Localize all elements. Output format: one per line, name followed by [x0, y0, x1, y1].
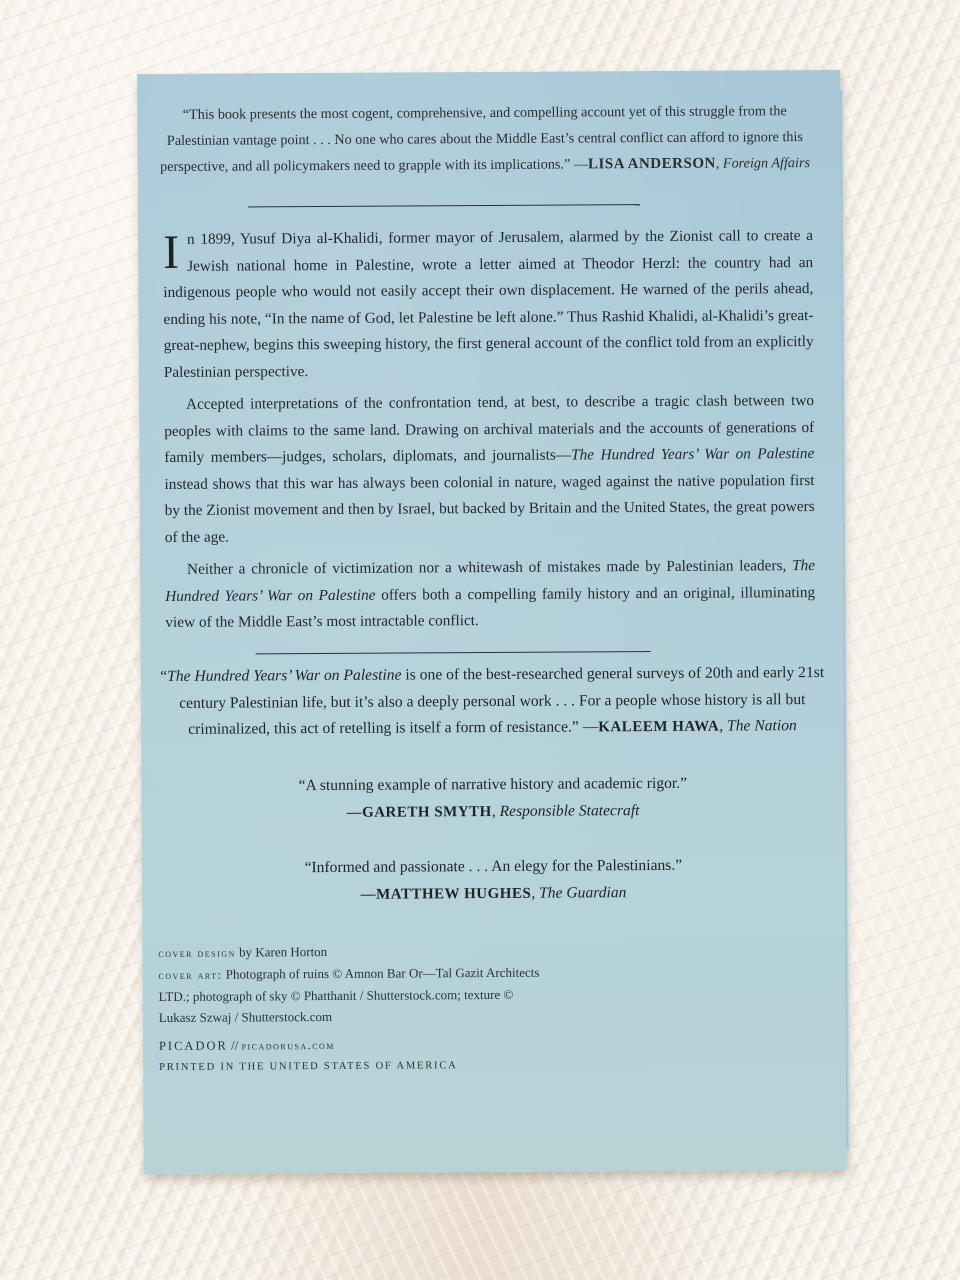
book-title: The Hundred Years’ War on Palestine: [167, 667, 401, 685]
review-quote-guardian: “Informed and passionate . . . An elegy …: [156, 852, 831, 909]
review-quote-statecraft: “A stunning example of narrative history…: [155, 770, 830, 827]
quote-author: GARETH SMYTH: [362, 803, 492, 820]
divider-rule: [256, 651, 651, 655]
book-title: The Hundred Years’ War on Palestine: [571, 445, 814, 463]
description-paragraph-3: Neither a chronicle of victimization nor…: [165, 553, 815, 636]
book-description: In 1899, Yusuf Diya al-Khalidi, former m…: [163, 223, 815, 636]
cover-design-credit: cover design by Karen Horton: [158, 940, 543, 964]
drop-cap: I: [163, 233, 179, 273]
book-back-cover: “This book presents the most cogent, com…: [137, 70, 847, 1174]
printed-in-line: PRINTED IN THE UNITED STATES OF AMERICA: [159, 1055, 544, 1078]
top-review-quote: “This book presents the most cogent, com…: [159, 98, 810, 180]
quote-text: “A stunning example of narrative history…: [155, 770, 830, 801]
cover-art-credit: cover art: Photograph of ruins © Amnon B…: [158, 962, 543, 1028]
quote-author: MATTHEW HUGHES: [376, 885, 531, 902]
review-quote-nation: “The Hundred Years’ War on Palestine is …: [155, 660, 830, 744]
quote-publication: Responsible Statecraft: [500, 802, 640, 820]
quote-publication: Foreign Affairs: [723, 155, 810, 172]
publisher-name: PICADOR: [159, 1039, 228, 1053]
publisher-website: picadorusa.com: [242, 1038, 335, 1053]
quote-publication: The Nation: [727, 717, 797, 734]
quote-publication: The Guardian: [539, 884, 626, 902]
quote-text: “Informed and passionate . . . An elegy …: [156, 852, 831, 883]
cover-credits: cover design by Karen Horton cover art: …: [158, 940, 544, 1078]
description-paragraph-2: Accepted interpretations of the confront…: [164, 388, 815, 551]
quote-author: KALEEM HAWA: [598, 719, 719, 736]
divider-rule: [248, 204, 640, 208]
quote-author: LISA ANDERSON: [588, 156, 716, 173]
publisher-line: PICADOR // picadorusa.com: [159, 1033, 544, 1057]
description-paragraph-1: In 1899, Yusuf Diya al-Khalidi, former m…: [163, 223, 814, 386]
